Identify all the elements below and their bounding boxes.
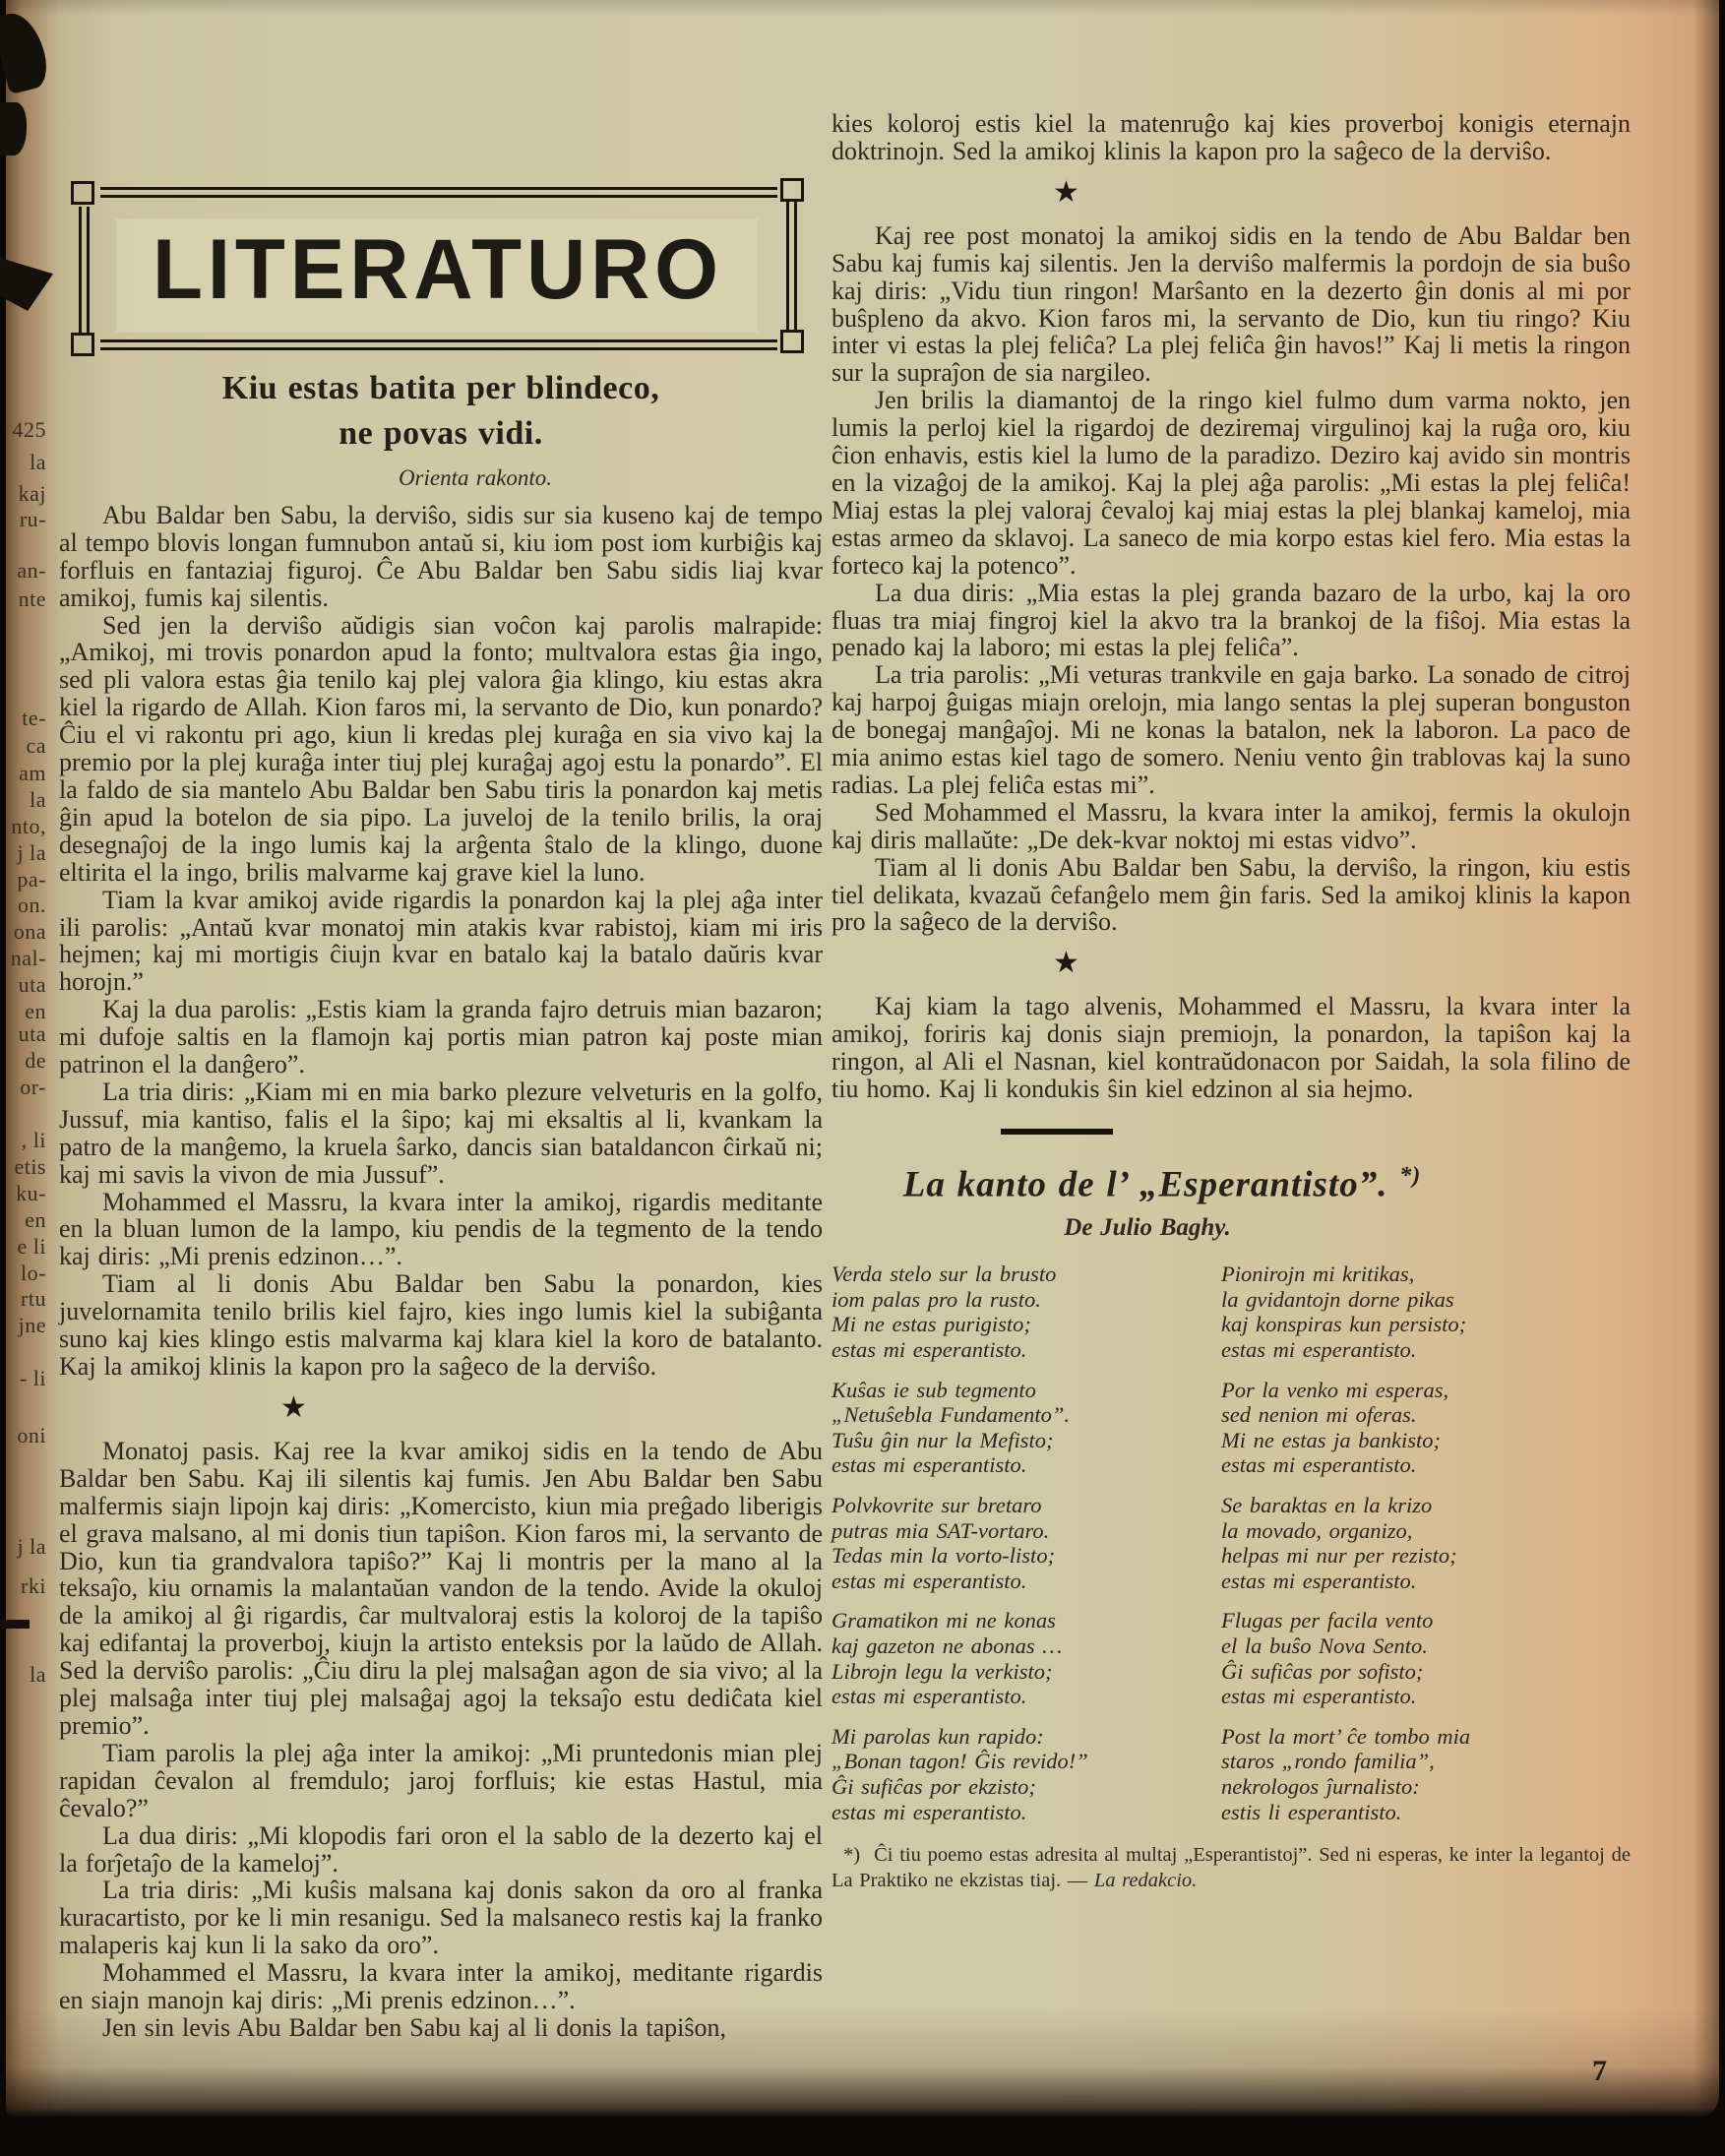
story-title-line2: ne povas vidi.: [59, 411, 823, 457]
poem-line: el la buŝo Nova Sento.: [1221, 1633, 1631, 1659]
poem-stanza-row: Polvkovrite sur bretaroputras mia SAT-vo…: [832, 1493, 1631, 1593]
poem-line: iom palas pro la rusto.: [832, 1287, 1221, 1313]
margin-fragment: j la: [0, 1535, 46, 1559]
poem-stanza-left: Kuŝas ie sub tegmento„Netuŝebla Fundamen…: [832, 1378, 1221, 1478]
frame-corner-square: [71, 333, 94, 356]
story-paragraph: La dua diris: „Mi klopodis fari oron el …: [59, 1822, 823, 1878]
poem-stanza-left: Gramatikon mi ne konaskaj gazeton ne abo…: [832, 1608, 1221, 1708]
story-paragraph: Tiam al li donis Abu Baldar ben Sabu, la…: [832, 854, 1631, 937]
frame-bottom-line: [100, 339, 777, 342]
story-paragraph: Mohammed el Massru, la kvara inter la am…: [59, 1959, 823, 2014]
frame-corner-square: [780, 178, 804, 202]
poem-stanza-right: Post la mort’ ĉe tombo miastaros „rondo …: [1221, 1724, 1631, 1824]
poem-byline: De Julio Baghy.: [832, 1214, 1631, 1242]
margin-fragment: lo-: [0, 1262, 46, 1285]
margin-fragment: kaj: [0, 482, 46, 506]
poem-stanza-right: Por la venko mi esperas,sed nenion mi of…: [1221, 1378, 1631, 1478]
frame-corner-square: [780, 330, 804, 353]
poem-line: la gvidantojn dorne pikas: [1221, 1287, 1631, 1313]
poem-stanza-right: Flugas per facila ventoel la buŝo Nova S…: [1221, 1608, 1631, 1708]
gutter-ink-blob: [0, 102, 27, 155]
poem-footnote: *)Ĉi tiu poemo estas adresita al multaj …: [832, 1842, 1631, 1893]
margin-fragment: la: [0, 1663, 46, 1687]
story-paragraph: Kaj la dua parolis: „Estis kiam la grand…: [59, 996, 823, 1078]
poem-line: estas mi esperantisto.: [832, 1800, 1221, 1825]
story-paragraph: Sed jen la derviŝo aŭdigis sian voĉon ka…: [59, 612, 823, 887]
frame-left-line: [87, 207, 90, 333]
frame-corner-square: [71, 181, 94, 205]
margin-fragment: ru-: [0, 508, 46, 531]
poem-line: estas mi esperantisto.: [832, 1337, 1221, 1363]
poem-line: Mi ne estas ja bankisto;: [1221, 1428, 1631, 1453]
poem-line: helpas mi nur per rezisto;: [1221, 1543, 1631, 1569]
poem-line: estas mi esperantisto.: [1221, 1337, 1631, 1363]
story-paragraph: La dua diris: „Mia estas la plej granda …: [832, 580, 1631, 662]
poem-line: putras mia SAT-vortaro.: [832, 1518, 1221, 1544]
poem-stanza-left: Verda stelo sur la brustoiom palas pro l…: [832, 1262, 1221, 1362]
star-separator: ★: [832, 178, 1631, 208]
footnote-marker: *): [832, 1844, 874, 1866]
story-paragraph: Jen sin levis Abu Baldar ben Sabu kaj al…: [59, 2014, 823, 2042]
poem-line: kaj konspiras kun persisto;: [1221, 1312, 1631, 1337]
margin-fragment: nte: [0, 587, 46, 611]
poem-line: Verda stelo sur la brusto: [832, 1262, 1221, 1287]
poem-line: Librojn legu la verkisto;: [832, 1659, 1221, 1685]
margin-fragment: ku-: [0, 1182, 46, 1205]
story-paragraph: La tria parolis: „Mi veturas trankvile e…: [832, 661, 1631, 799]
poem-stanza-row: Kuŝas ie sub tegmento„Netuŝebla Fundamen…: [832, 1378, 1631, 1478]
poem-line: staros „rondo familia”,: [1221, 1749, 1631, 1774]
poem-title: La kanto de l’ „Esperantisto”. *): [832, 1154, 1631, 1206]
poem-line: „Bonan tagon! Ĝis revido!”: [832, 1749, 1221, 1774]
poem-line: Gramatikon mi ne konas: [832, 1608, 1221, 1633]
story-title-line1: Kiu estas batita per blindeco,: [59, 366, 823, 411]
poem-line: estas mi esperantisto.: [1221, 1684, 1631, 1709]
star-separator: ★: [59, 1393, 823, 1423]
margin-fragment: ona: [0, 920, 46, 944]
margin-fragment: la: [0, 451, 46, 474]
poem-line: Por la venko mi esperas,: [1221, 1378, 1631, 1403]
footnote-signature: La redakcio.: [1094, 1870, 1197, 1891]
poem-line: Flugas per facila vento: [1221, 1608, 1631, 1633]
poem-line: estas mi esperantisto.: [1221, 1452, 1631, 1478]
margin-fragment: nto,: [0, 815, 46, 838]
margin-fragment: - li: [0, 1367, 46, 1390]
poem-line: Tuŝu ĝin nur la Mefisto;: [832, 1428, 1221, 1453]
story-subtitle: Orienta rakonto.: [128, 464, 823, 492]
margin-fragment: or-: [0, 1076, 46, 1099]
story-paragraph: Mohammed el Massru, la kvara inter la am…: [59, 1189, 823, 1271]
frame-left-line: [79, 207, 82, 333]
story-paragraph: Jen brilis la diamantoj de la ringo kiel…: [832, 387, 1631, 579]
margin-fragment: am: [0, 762, 46, 785]
poem-line: estas mi esperantisto.: [832, 1684, 1221, 1709]
poem-line: Ĝi sufiĉas por sofisto;: [1221, 1659, 1631, 1685]
story-column-left: Kiu estas batita per blindeco, ne povas …: [59, 366, 823, 2042]
story-paragraph: Kaj kiam la tago alvenis, Mohammed el Ma…: [832, 993, 1631, 1103]
margin-fragment: nal-: [0, 947, 46, 970]
margin-fragment: en: [0, 1000, 46, 1023]
story-paragraph: Monatoj pasis. Kaj ree la kvar amikoj si…: [59, 1438, 823, 1740]
poem-line: estis li esperantisto.: [1221, 1800, 1631, 1825]
margin-fragment: 425: [0, 418, 46, 442]
frame-bottom-line: [100, 347, 777, 350]
magazine-page-scan: { "page": { "number": "7" }, "colors": {…: [0, 0, 1725, 2156]
margin-fragment: te-: [0, 707, 46, 730]
story-paragraph: Abu Baldar ben Sabu, la derviŝo, sidis s…: [59, 502, 823, 612]
footnote-text: Ĉi tiu poemo estas adresita al multaj „E…: [832, 1844, 1631, 1891]
story-paragraph: kies koloroj estis kiel la matenruĝo kaj…: [832, 110, 1631, 165]
page-number: 7: [1592, 2055, 1607, 2088]
margin-fragment: etis: [0, 1155, 46, 1179]
poem-line: sed nenion mi oferas.: [1221, 1402, 1631, 1428]
margin-fragment: , li: [0, 1129, 46, 1152]
poem-stanza-right: Se baraktas en la krizola movado, organi…: [1221, 1493, 1631, 1593]
section-divider-rule: [1001, 1129, 1113, 1135]
margin-fragment: on.: [0, 893, 46, 917]
story-column-right-flow: kies koloroj estis kiel la matenruĝo kaj…: [832, 110, 1631, 1103]
poem-stanza-row: Gramatikon mi ne konaskaj gazeton ne abo…: [832, 1608, 1631, 1708]
poem-stanza-left: Mi parolas kun rapido:„Bonan tagon! Ĝis …: [832, 1724, 1221, 1824]
poem-line: Kuŝas ie sub tegmento: [832, 1378, 1221, 1403]
poem-line: estas mi esperantisto.: [832, 1452, 1221, 1478]
poem-line: kaj gazeton ne abonas …: [832, 1633, 1221, 1659]
frame-right-line: [794, 202, 797, 330]
poem-stanza-right: Pionirojn mi kritikas,la gvidantojn dorn…: [1221, 1262, 1631, 1362]
story-paragraph: Kaj ree post monatoj la amikoj sidis en …: [832, 222, 1631, 387]
poem-line: Se baraktas en la krizo: [1221, 1493, 1631, 1518]
story-paragraph: La tria diris: „Mi kuŝis malsana kaj don…: [59, 1877, 823, 1959]
poem-line: Polvkovrite sur bretaro: [832, 1493, 1221, 1518]
margin-fragment: uta: [0, 1022, 46, 1046]
story-column-right: kies koloroj estis kiel la matenruĝo kaj…: [832, 110, 1631, 1893]
poem-line: estas mi esperantisto.: [1221, 1569, 1631, 1594]
story-paragraph: Tiam parolis la plej aĝa inter la amikoj…: [59, 1740, 823, 1822]
margin-fragment: an-: [0, 559, 46, 583]
margin-fragment: en: [0, 1208, 46, 1232]
margin-fragment: uta: [0, 973, 46, 997]
margin-fragment: de: [0, 1049, 46, 1073]
poem-line: estas mi esperantisto.: [832, 1569, 1221, 1594]
poem-stanza-left: Polvkovrite sur bretaroputras mia SAT-vo…: [832, 1493, 1221, 1593]
story-paragraph: La tria diris: „Kiam mi en mia barko ple…: [59, 1078, 823, 1189]
frame-right-line: [786, 202, 789, 330]
poem-line: nekrologos ĵurnalisto:: [1221, 1774, 1631, 1800]
story-paragraph: Sed Mohammed el Massru, la kvara inter l…: [832, 799, 1631, 854]
margin-fragment: rtu: [0, 1287, 46, 1311]
star-separator: ★: [832, 949, 1631, 978]
poem-title-text: La kanto de l’ „Esperantisto”.: [903, 1164, 1388, 1204]
poem-line: „Netuŝebla Fundamento”.: [832, 1402, 1221, 1428]
poem-line: Ĝi sufiĉas por ekzisto;: [832, 1774, 1221, 1800]
poem-stanza-row: Mi parolas kun rapido:„Bonan tagon! Ĝis …: [832, 1724, 1631, 1824]
gutter-rule-fragment: [0, 1620, 30, 1629]
story-column-left-flow: Abu Baldar ben Sabu, la derviŝo, sidis s…: [59, 502, 823, 2042]
margin-fragment: rki: [0, 1574, 46, 1598]
poem-stanzas: Verda stelo sur la brustoiom palas pro l…: [832, 1262, 1631, 1824]
margin-fragment: pa-: [0, 868, 46, 892]
margin-fragment: oni: [0, 1424, 46, 1448]
margin-fragment: e li: [0, 1235, 46, 1259]
poem-line: la movado, organizo,: [1221, 1518, 1631, 1544]
margin-fragment: jne: [0, 1314, 46, 1337]
story-paragraph: Tiam la kvar amikoj avide rigardis la po…: [59, 887, 823, 997]
story-paragraph: Tiam al li donis Abu Baldar ben Sabu la …: [59, 1270, 823, 1381]
frame-top-line: [100, 195, 777, 198]
poem-line: Post la mort’ ĉe tombo mia: [1221, 1724, 1631, 1750]
margin-fragment: ca: [0, 734, 46, 758]
margin-fragment: la: [0, 788, 46, 812]
margin-fragment: j la: [0, 841, 46, 865]
poem-line: Mi ne estas purigisto;: [832, 1312, 1221, 1337]
poem-line: Pionirojn mi kritikas,: [1221, 1262, 1631, 1287]
poem-stanza-row: Verda stelo sur la brustoiom palas pro l…: [832, 1262, 1631, 1362]
poem-line: Mi parolas kun rapido:: [832, 1724, 1221, 1750]
poem-line: Tedas min la vorto-listo;: [832, 1543, 1221, 1569]
frame-top-line: [100, 187, 777, 190]
section-masthead: LITERATURO: [108, 215, 767, 325]
poem-footnote-ref: *): [1399, 1163, 1421, 1189]
